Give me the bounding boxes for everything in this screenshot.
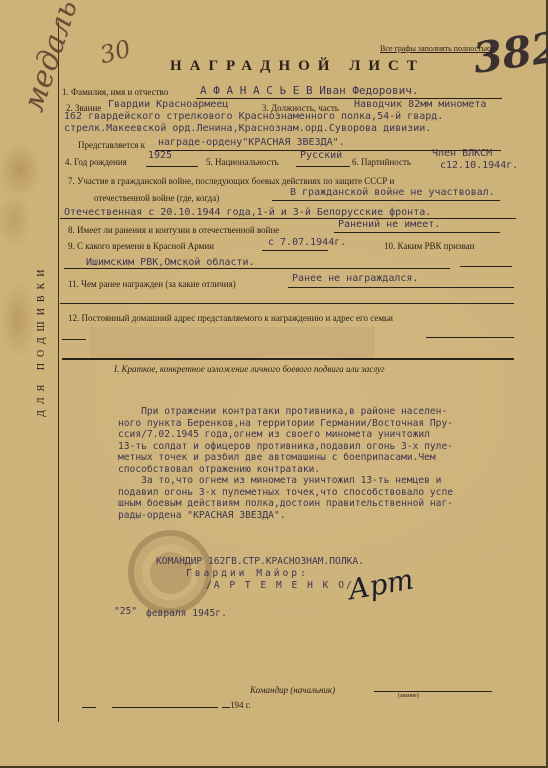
field-4-value: 1925 — [148, 150, 172, 161]
field-2-value: Гвардии Красноармеец — [108, 99, 228, 110]
footer-commander-label: Командир (начальник) — [250, 685, 335, 695]
commander-title: КОМАНДИР 162ГВ.СТР.КРАСНОЗНАМ.ПОЛКА. — [156, 556, 364, 567]
field-4-label: 4. Год рождения — [65, 157, 127, 167]
field-11-underline — [288, 287, 514, 288]
field-4-underline — [146, 166, 198, 167]
field-10-value: Ишимским РВК,Омской области. — [86, 257, 255, 268]
field-12-underline-a — [62, 339, 86, 340]
field-6-value: Член ВЛКСМ — [432, 148, 492, 159]
commander-name: /А Р Т Е М Е Н К О/ — [206, 580, 354, 591]
date-day: "25" — [114, 606, 137, 617]
award-sheet-page: ДЛЯ ПОДШИВКИ медаль за отвагу 30 382 Все… — [0, 0, 548, 768]
page-title: НАГРАДНОЙ ЛИСТ — [170, 58, 425, 75]
narrative-line: способствовал отражению контратаки. — [118, 464, 538, 476]
field-7-value-2: Отечественная с 20.10.1944 года,1-й и 3-… — [64, 207, 431, 218]
narrative-line: подавил огонь 3-х пулеметных точек,что с… — [118, 487, 538, 499]
field-10-underline — [64, 268, 450, 269]
footer-rank-underline — [374, 691, 492, 692]
redacted-address — [90, 327, 375, 357]
field-11-value: Ранее не награждался. — [292, 273, 418, 284]
field-5-value: Русский — [300, 150, 342, 161]
field-9-underline — [262, 250, 328, 251]
field-11-underline-2 — [60, 303, 514, 304]
nominated-label: Представляется к — [78, 140, 145, 150]
narrative-line: ссия/7.02.1945 года,огнем из своего мино… — [118, 429, 538, 441]
handwritten-top-number: 30 — [97, 35, 134, 70]
field-6-label: 6. Партийность — [352, 157, 411, 167]
field-1-label: 1. Фамилия, имя и отчество — [62, 87, 168, 97]
field-12-underline-b — [426, 337, 514, 338]
footer-rank-label: (звание) — [398, 693, 419, 699]
field-6-value-2: с12.10.1944г. — [440, 160, 518, 171]
commander-rank: Гвардии Майор: — [186, 568, 309, 579]
field-7-value: В гражданской войне не участвовал. — [290, 187, 495, 198]
field-3-value: Наводчик 82мм миномета — [354, 99, 486, 110]
field-1-value: А Ф А Н А С Ь Е В Иван Федорович. — [200, 84, 419, 97]
narrative-line: метных точек и разбил две автомашины с б… — [118, 452, 538, 464]
date-month-year: февраля 1945г. — [146, 608, 227, 619]
narrative-line: ного пункта Беренков,на территории Герма… — [118, 418, 538, 430]
narrative-line: За то,что огнем из миномета уничтожил 13… — [118, 475, 538, 487]
footer-day-underline — [82, 707, 96, 708]
top-instruction: Все графы заполнять полностью. — [380, 44, 493, 53]
field-7-underline-2 — [60, 218, 516, 219]
field-10-label: 10. Каким РВК призван — [384, 241, 474, 251]
narrative-line: При отражении контратаки противника,в ра… — [118, 406, 538, 418]
field-10-underline-2 — [460, 266, 512, 267]
footer-year-underline — [222, 707, 230, 708]
field-7-underline — [272, 200, 500, 201]
field-9-value: с 7.07.1944г. — [268, 237, 346, 248]
field-5-label: 5. Национальность — [206, 157, 279, 167]
field-5-underline — [296, 166, 350, 167]
narrative-text: При отражении контратаки противника,в ра… — [118, 406, 538, 521]
field-12-underline-2 — [62, 358, 514, 360]
footer-date-template: 194 г. — [230, 700, 251, 710]
commander-signature: Арт — [346, 563, 416, 607]
binding-margin-line — [58, 22, 59, 722]
field-3-cont-2: стрелк.Макеевской орд.Ленина,Краснознам.… — [64, 123, 431, 134]
field-8-value: Ранений не имеет. — [338, 219, 440, 230]
field-7-label: 7. Участие в гражданской войне, последую… — [68, 176, 394, 186]
section-1-heading: I. Краткое, конкретное изложение личного… — [114, 364, 385, 374]
narrative-line: шным боевым действиям полка,достоин прав… — [118, 498, 538, 510]
field-8-label: 8. Имеет ли ранения и контузии в отечест… — [68, 225, 279, 235]
field-3-cont-1: 162 гвардейского стрелкового Краснознаме… — [64, 111, 443, 122]
field-7-label-2: отечественной войне (где, когда) — [94, 193, 219, 203]
field-9-label: 9. С какого времени в Красной Армии — [68, 241, 214, 251]
field-11-label: 11. Чем ранее награжден (за какие отличи… — [68, 279, 236, 289]
nominated-value: награде-ордену"КРАСНАЯ ЗВЕЗДА". — [158, 137, 345, 148]
footer-month-underline — [112, 707, 218, 708]
field-8-underline — [334, 232, 500, 233]
narrative-line: 13-ть солдат и офицеров противника,подав… — [118, 441, 538, 453]
field-12-label: 12. Постоянный домашний адрес представля… — [68, 313, 393, 323]
binding-label: ДЛЯ ПОДШИВКИ — [36, 240, 56, 440]
narrative-line: рады-ордена "КРАСНАЯ ЗВЕЗДА". — [118, 510, 538, 522]
